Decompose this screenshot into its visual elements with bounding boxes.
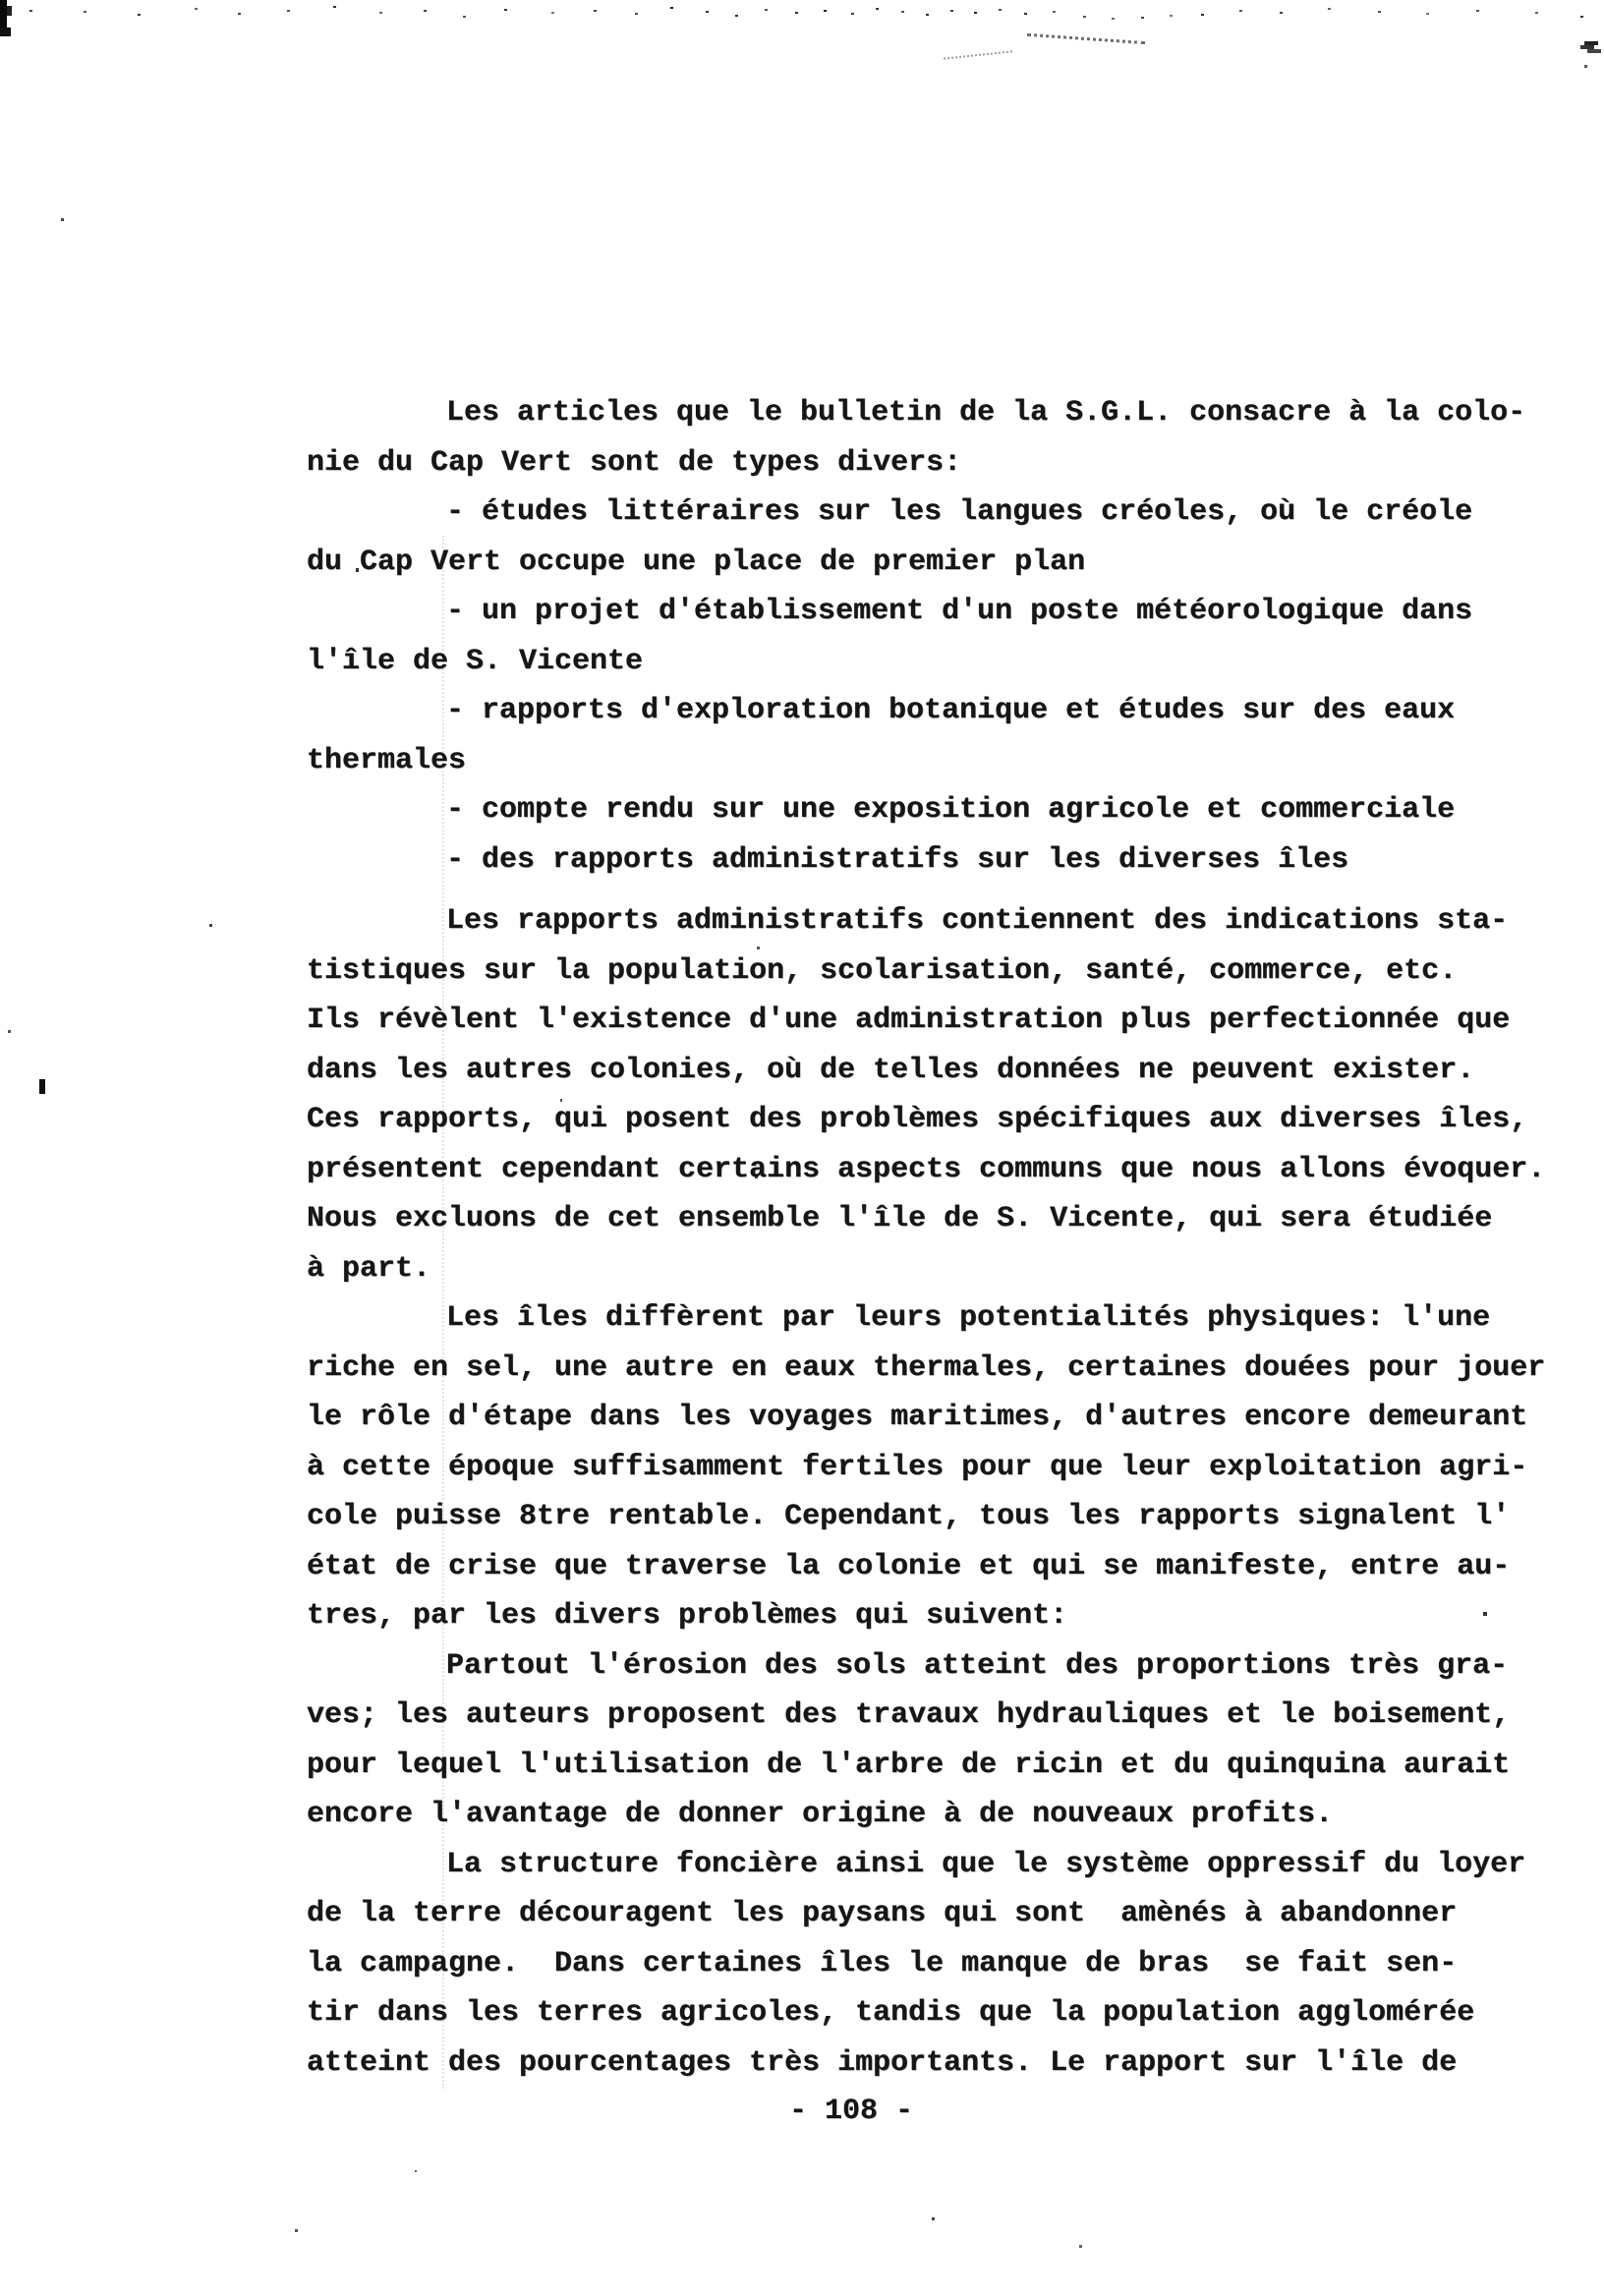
- text-line: à cette époque suffisamment fertiles pou…: [307, 1443, 1575, 1493]
- text-line: Les rapports administratifs contiennent …: [307, 896, 1575, 947]
- text-line: ves; les auteurs proposent des travaux h…: [307, 1691, 1575, 1741]
- text-line: Partout l'érosion des sols atteint des p…: [307, 1641, 1575, 1692]
- text-line: encore l'avantage de donner origine à de…: [307, 1790, 1575, 1840]
- text-line: état de crise que traverse la colonie et…: [307, 1542, 1575, 1592]
- scan-speck: [932, 2217, 935, 2220]
- text-line: Les îles diffèrent par leurs potentialit…: [307, 1293, 1575, 1344]
- page-body: Les articles que le bulletin de la S.G.L…: [307, 388, 1575, 2088]
- scan-speck: [61, 218, 64, 221]
- text-line: - des rapports administratifs sur les di…: [307, 835, 1575, 886]
- text-line: atteint des pourcentages très importants…: [307, 2038, 1575, 2089]
- text-line: le rôle d'étape dans les voyages maritim…: [307, 1393, 1575, 1443]
- scan-squiggle-mark: [1027, 33, 1145, 44]
- scan-edge-mark: [1584, 41, 1598, 45]
- scan-speck: [209, 924, 212, 927]
- text-line: thermales: [307, 736, 1575, 786]
- scan-top-edge-speckles: [29, 10, 32, 12]
- text-line: La structure foncière ainsi que le systè…: [307, 1840, 1575, 1890]
- text-line: - études littéraires sur les langues cré…: [307, 488, 1575, 538]
- text-line: présentent cependant certains aspects co…: [307, 1145, 1575, 1195]
- text-line: cole puisse 8tre rentable. Cependant, to…: [307, 1492, 1575, 1542]
- scan-speck: [8, 1030, 11, 1033]
- text-line: du Cap Vert occupe une place de premier …: [307, 538, 1575, 588]
- scanned-document-page: Les articles que le bulletin de la S.G.L…: [0, 0, 1604, 2296]
- text-line: - compte rendu sur une exposition agrico…: [307, 785, 1575, 835]
- text-line: la campagne. Dans certaines îles le manq…: [307, 1939, 1575, 1989]
- text-line: nie du Cap Vert sont de types divers:: [307, 438, 1575, 488]
- text-line: pour lequel l'utilisation de l'arbre de …: [307, 1741, 1575, 1791]
- scan-speck: [1079, 2245, 1082, 2248]
- scan-speck: [39, 1079, 45, 1094]
- text-line: riche en sel, une autre en eaux thermale…: [307, 1344, 1575, 1394]
- page-number: - 108 -: [789, 2095, 913, 2128]
- scan-speck: [295, 2229, 298, 2232]
- text-line: à part.: [307, 1244, 1575, 1294]
- text-line: tir dans les terres agricoles, tandis qu…: [307, 1988, 1575, 2038]
- text-line: Nous excluons de cet ensemble l'île de S…: [307, 1194, 1575, 1244]
- text-line: Les articles que le bulletin de la S.G.L…: [307, 388, 1575, 438]
- scan-squiggle-mark: [944, 50, 1012, 59]
- text-line: Ces rapports, qui posent des problèmes s…: [307, 1095, 1575, 1145]
- text-line: Ils révèlent l'existence d'une administr…: [307, 996, 1575, 1046]
- text-line: de la terre découragent les paysans qui …: [307, 1889, 1575, 1939]
- text-line: l'île de S. Vicente: [307, 637, 1575, 687]
- text-line: tistiques sur la population, scolarisati…: [307, 947, 1575, 997]
- scan-corner-ink-blob: [0, 0, 7, 29]
- text-line: - un projet d'établissement d'un poste m…: [307, 587, 1575, 637]
- text-line: - rapports d'exploration botanique et ét…: [307, 686, 1575, 736]
- scan-speck: [1584, 65, 1587, 68]
- scan-speck: [415, 2170, 417, 2172]
- text-line: dans les autres colonies, où de telles d…: [307, 1046, 1575, 1096]
- text-line: tres, par les divers problèmes qui suive…: [307, 1591, 1575, 1641]
